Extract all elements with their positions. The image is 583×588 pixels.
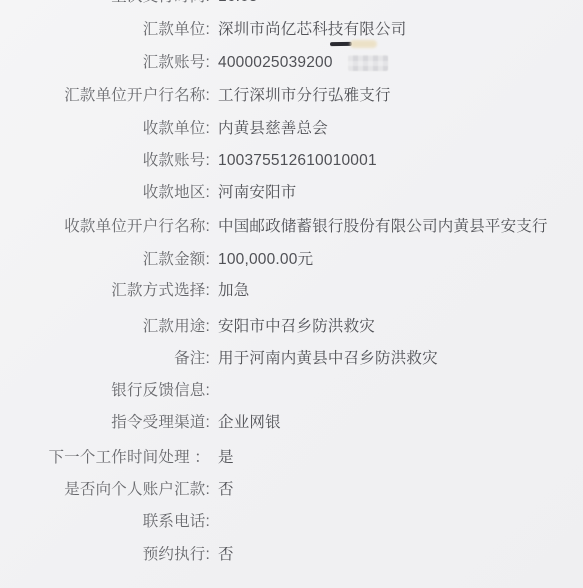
field-label: 联系电话:	[0, 511, 210, 533]
field-label: 下一个工作时间处理 ：	[0, 447, 210, 469]
field-value: 深圳市尚亿芯科技有限公司	[218, 19, 406, 41]
remitter-name-row: 汇款单位: 深圳市尚亿芯科技有限公司	[0, 19, 583, 41]
field-value: 用于河南内黄县中召乡防洪救灾	[218, 348, 438, 370]
field-value: 4000025039200	[218, 52, 388, 74]
field-value: 中国邮政储蓄银行股份有限公司内黄县平安支行	[218, 216, 548, 238]
field-label: 汇款账号:	[0, 52, 210, 74]
field-label: 收款账号:	[0, 150, 210, 172]
field-value: 否	[218, 544, 234, 566]
field-label: 收款单位:	[0, 118, 210, 140]
field-label: 备注:	[0, 348, 210, 370]
payment-time-row: 上次支付时间: 16:05	[0, 0, 583, 8]
memo-row: 备注: 用于河南内黄县中召乡防洪救灾	[0, 348, 583, 370]
field-value: 河南安阳市	[218, 182, 297, 204]
field-label: 汇款单位:	[0, 19, 210, 41]
field-value: 100,000.00元	[218, 249, 313, 271]
scheduled-exec-row: 预约执行: 否	[0, 544, 583, 566]
field-value: 内黄县慈善总会	[218, 118, 328, 140]
purpose-row: 汇款用途: 安阳市中召乡防洪救灾	[0, 316, 583, 338]
field-value: 16:05	[218, 0, 258, 8]
payee-account-row: 收款账号: 100375512610010001	[0, 150, 583, 172]
field-value: 工行深圳市分行弘雅支行	[218, 85, 391, 107]
payee-bank-row: 收款单位开户行名称: 中国邮政储蓄银行股份有限公司内黄县平安支行	[0, 216, 583, 238]
remit-method-row: 汇款方式选择: 加急	[0, 280, 583, 302]
field-label: 预约执行:	[0, 544, 210, 566]
field-value: 企业网银	[218, 412, 281, 434]
field-label: 汇款金额:	[0, 249, 210, 271]
remitter-account-row: 汇款账号: 4000025039200	[0, 52, 583, 74]
remitter-bank-row: 汇款单位开户行名称: 工行深圳市分行弘雅支行	[0, 85, 583, 107]
payee-region-row: 收款地区: 河南安阳市	[0, 182, 583, 204]
redaction-dash-mark	[330, 42, 352, 46]
to-personal-account-row: 是否向个人账户汇款: 否	[0, 479, 583, 501]
amount-row: 汇款金额: 100,000.00元	[0, 249, 583, 271]
field-label: 收款地区:	[0, 182, 210, 204]
next-workday-row: 下一个工作时间处理 ： 是	[0, 447, 583, 469]
field-label: 银行反馈信息:	[0, 380, 210, 402]
bank-feedback-row: 银行反馈信息:	[0, 380, 583, 402]
channel-row: 指令受理渠道: 企业网银	[0, 412, 583, 434]
contact-phone-row: 联系电话:	[0, 511, 583, 533]
remittance-detail-page: { "page": { "background": "#f1f1f3", "de…	[0, 0, 583, 588]
field-label: 收款单位开户行名称:	[0, 216, 210, 238]
field-label: 指令受理渠道:	[0, 412, 210, 434]
field-label: 上次支付时间:	[0, 0, 210, 8]
redaction-smudge-mark	[350, 40, 377, 48]
field-label: 汇款用途:	[0, 316, 210, 338]
field-label: 是否向个人账户汇款:	[0, 479, 210, 501]
field-value: 否	[218, 479, 234, 501]
field-value: 100375512610010001	[218, 150, 377, 172]
field-value: 加急	[218, 280, 249, 302]
account-number-text: 4000025039200	[218, 52, 333, 74]
field-value: 是	[218, 447, 234, 469]
field-label: 汇款方式选择:	[0, 280, 210, 302]
redacted-account-blur	[348, 55, 388, 71]
payee-name-row: 收款单位: 内黄县慈善总会	[0, 118, 583, 140]
field-label: 汇款单位开户行名称:	[0, 85, 210, 107]
field-value: 安阳市中召乡防洪救灾	[218, 316, 375, 338]
